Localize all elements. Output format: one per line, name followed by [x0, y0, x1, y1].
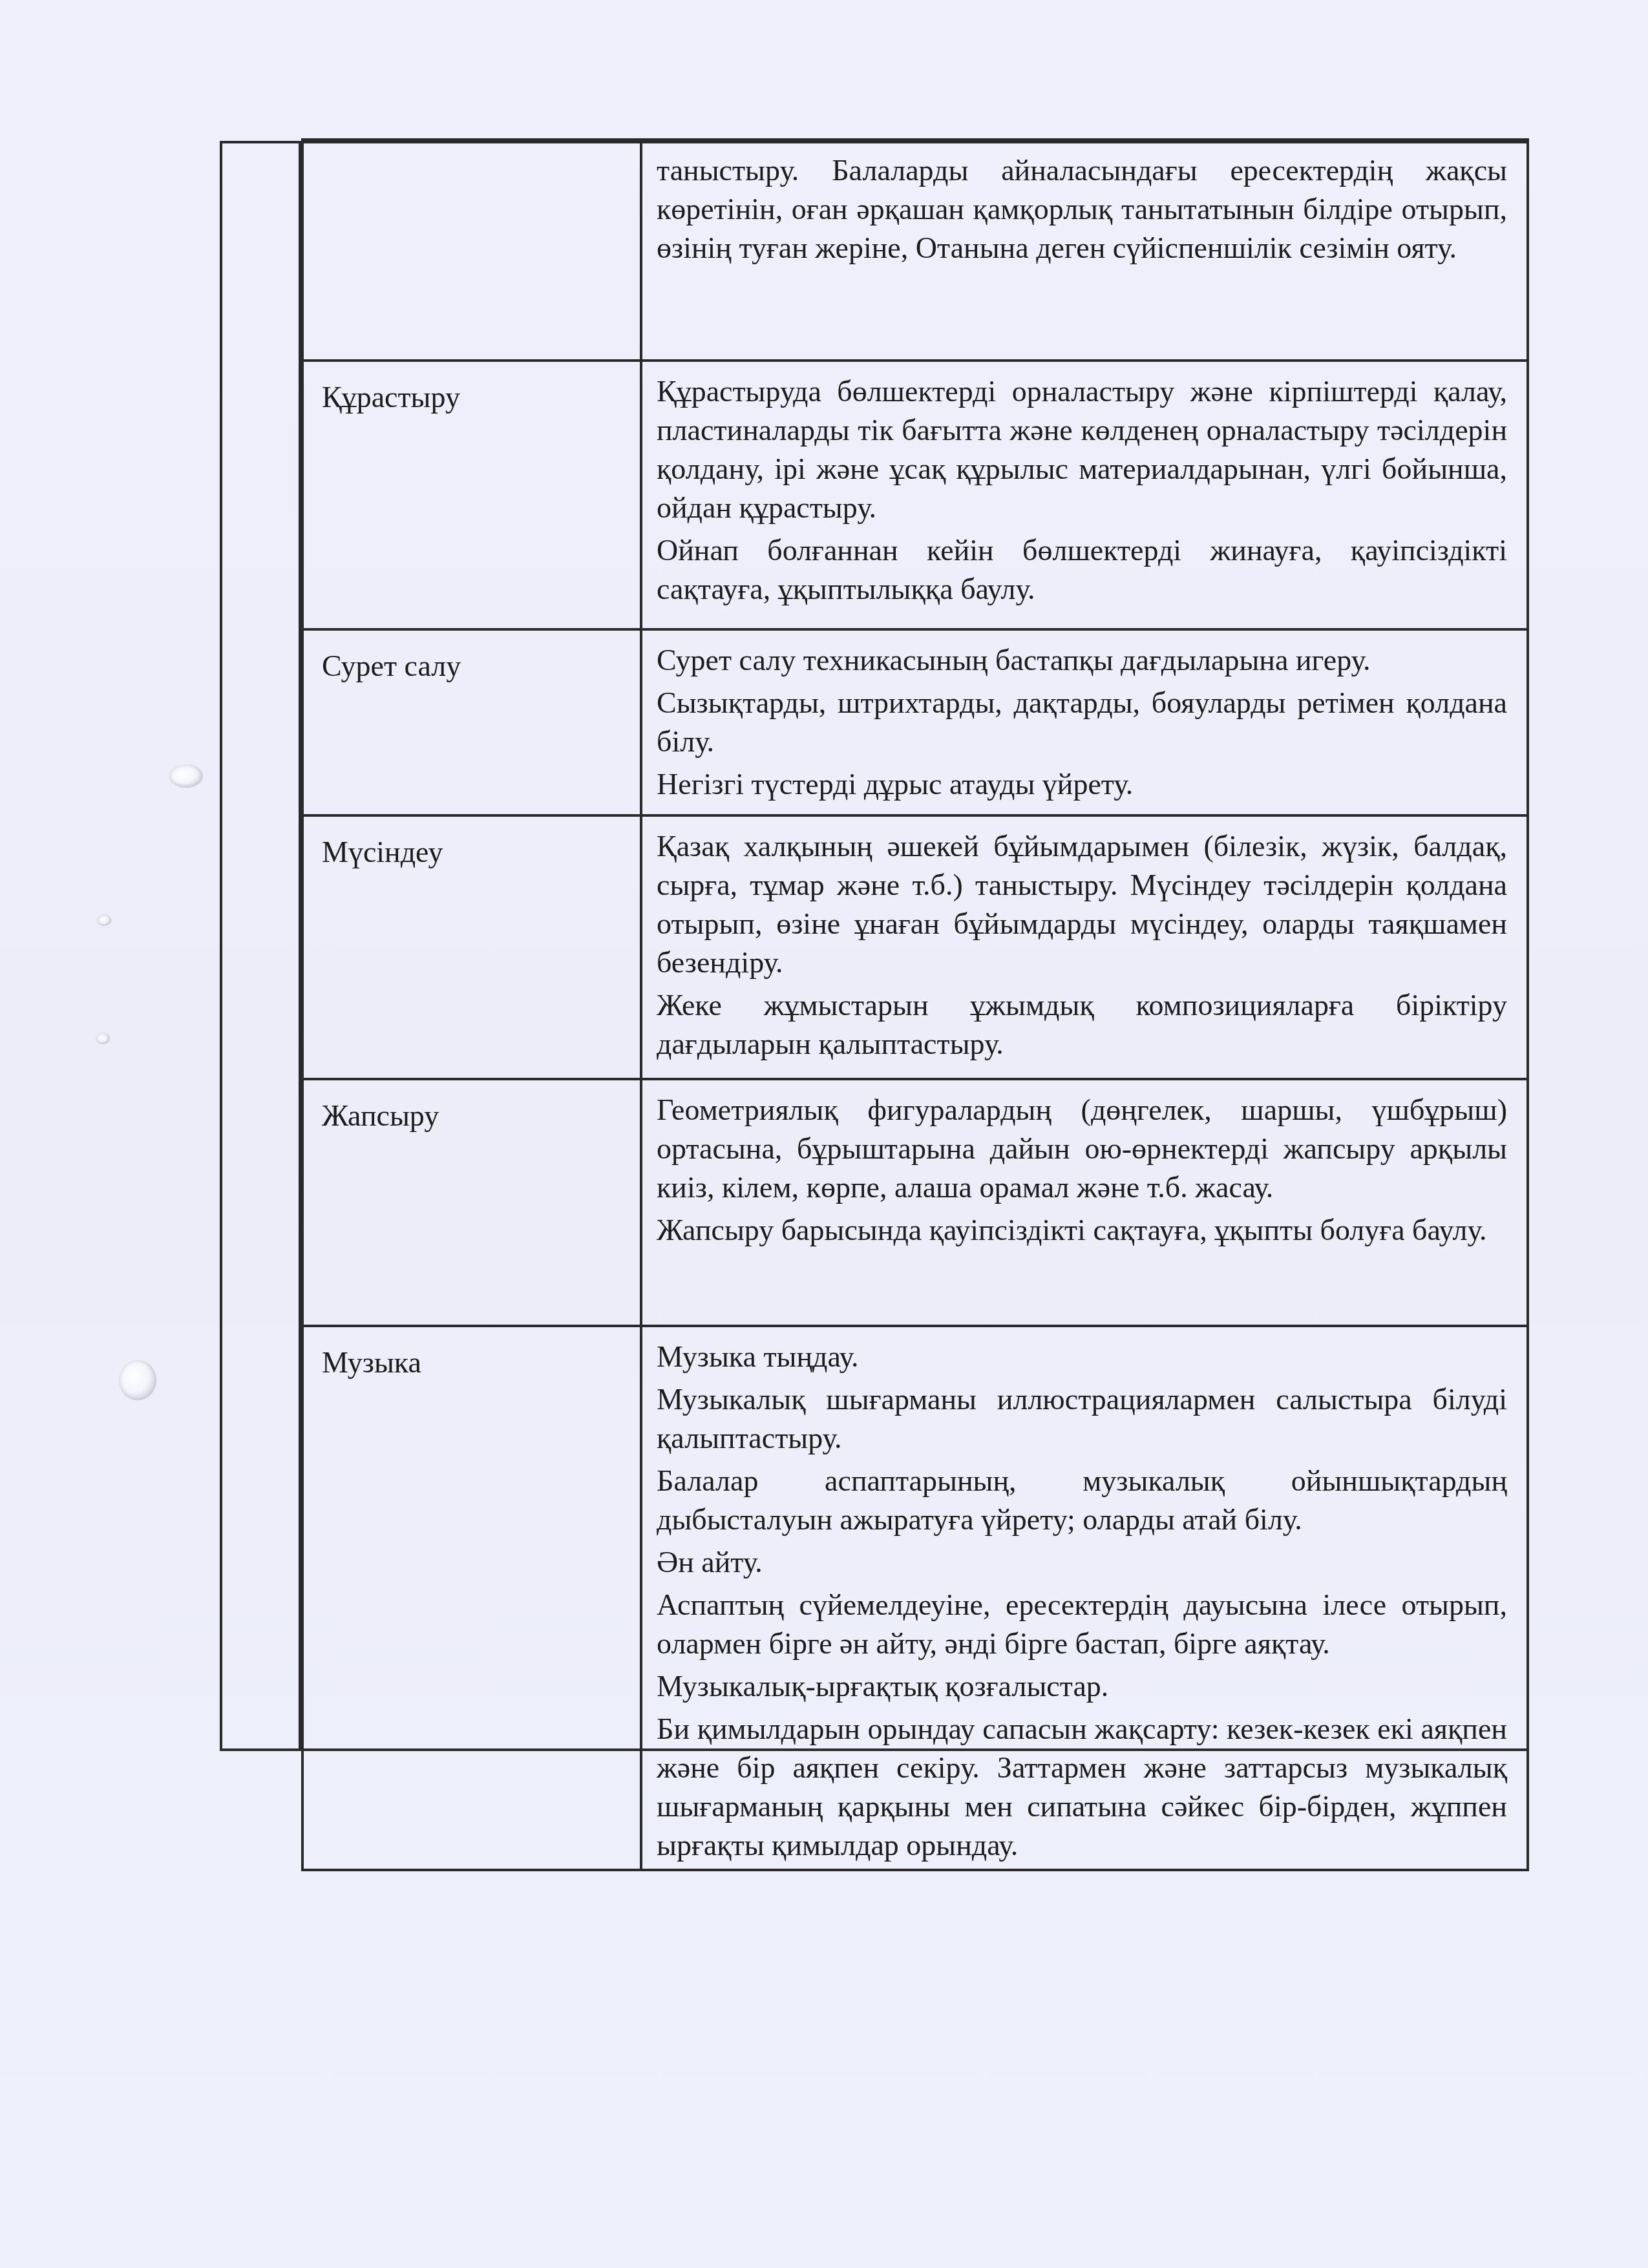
topic-label: Сурет салу [322, 649, 461, 682]
table-row-continuation: таныстыру. Балаларды айналасындағы ересе… [302, 140, 1528, 361]
description-cell: таныстыру. Балаларды айналасындағы ересе… [641, 140, 1528, 361]
topic-cell: Жапсыру [302, 1079, 641, 1326]
topic-label: Жапсыру [322, 1099, 439, 1132]
description-paragraph: Аспаптың сүйемелдеуіне, ересектердің дау… [657, 1586, 1507, 1663]
scan-artifact-mark [169, 764, 203, 788]
description-cell: Құрастыруда бөлшектерді орналастыру және… [641, 361, 1528, 629]
description-paragraph: Ән айту. [657, 1543, 1507, 1582]
topic-cell: Музыка [302, 1326, 641, 1870]
description-paragraph: Би қимылдарын орындау сапасын жақсарту: … [657, 1710, 1507, 1865]
description-paragraph: Жапсыру барысында қауіпсіздікті сақтауға… [657, 1211, 1507, 1250]
scan-artifact-mark [96, 1033, 110, 1044]
table-row-construction: Құрастыру Құрастыруда бөлшектерді орнала… [302, 361, 1528, 629]
curriculum-table: таныстыру. Балаларды айналасындағы ересе… [301, 138, 1529, 1871]
description-paragraph: Балалар аспаптарының, музыкалық ойыншықт… [657, 1462, 1507, 1539]
table-row-sculpting: Мүсіндеу Қазақ халқының әшекей бұйымдары… [302, 815, 1528, 1079]
description-paragraph: Сызықтарды, штрихтарды, дақтарды, бояула… [657, 684, 1507, 761]
topic-label: Музыка [322, 1346, 421, 1379]
description-cell: Сурет салу техникасының бастапқы дағдыла… [641, 629, 1528, 815]
description-paragraph: Сурет салу техникасының бастапқы дағдыла… [657, 641, 1507, 680]
scan-artifact-mark [97, 914, 111, 926]
topic-label: Мүсіндеу [322, 835, 443, 868]
description-paragraph: Ойнап болғаннан кейін бөлшектерді жинауғ… [657, 531, 1507, 609]
table-row-music: Музыка Музыка тыңдау. Музыкалық шығарман… [302, 1326, 1528, 1870]
scanned-page: таныстыру. Балаларды айналасындағы ересе… [0, 0, 1648, 2268]
description-cell: Геометриялық фигуралардың (дөңгелек, шар… [641, 1079, 1528, 1326]
table-first-column-empty [220, 141, 301, 1751]
description-paragraph: Музыкалық-ырғақтық қозғалыстар. [657, 1667, 1507, 1706]
description-paragraph: Музыкалық шығарманы иллюстрациялармен са… [657, 1380, 1507, 1458]
description-paragraph: таныстыру. Балаларды айналасындағы ересе… [657, 151, 1507, 268]
topic-cell: Мүсіндеу [302, 815, 641, 1079]
description-paragraph: Қазақ халқының әшекей бұйымдарымен (біле… [657, 827, 1507, 982]
description-paragraph: Музыка тыңдау. [657, 1338, 1507, 1376]
table-row-drawing: Сурет салу Сурет салу техникасының баста… [302, 629, 1528, 815]
description-cell: Қазақ халқының әшекей бұйымдарымен (біле… [641, 815, 1528, 1079]
topic-cell: Сурет салу [302, 629, 641, 815]
description-paragraph: Жеке жұмыстарын ұжымдық композицияларға … [657, 986, 1507, 1064]
description-paragraph: Құрастыруда бөлшектерді орналастыру және… [657, 372, 1507, 527]
topic-cell [302, 140, 641, 361]
description-cell: Музыка тыңдау. Музыкалық шығарманы иллюс… [641, 1326, 1528, 1870]
topic-cell: Құрастыру [302, 361, 641, 629]
scan-artifact-mark [119, 1360, 156, 1400]
table-row-applique: Жапсыру Геометриялық фигуралардың (дөңге… [302, 1079, 1528, 1326]
description-paragraph: Негізгі түстерді дұрыс атауды үйрету. [657, 765, 1507, 804]
topic-label: Құрастыру [322, 381, 460, 414]
description-paragraph: Геометриялық фигуралардың (дөңгелек, шар… [657, 1091, 1507, 1207]
